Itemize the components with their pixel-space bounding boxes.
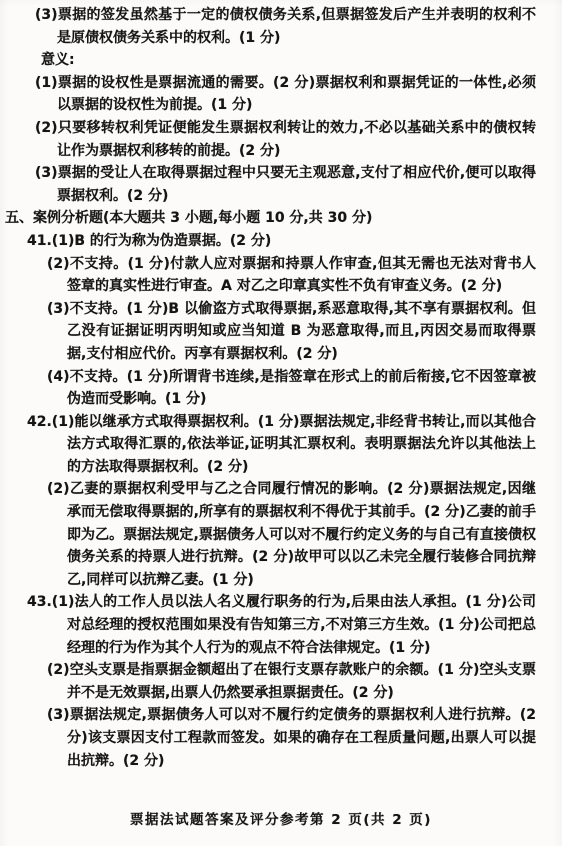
answer-43-part-2: (2)空头支票是指票据金额超出了在银行支票存款账户的余额。(1 分)空头支票并不… xyxy=(0,659,536,704)
significance-item-2: (2)只要移转权利凭证便能发生票据权利转让的效力,不必以基础关系中的债权转让作为… xyxy=(0,117,536,162)
answer-42-part-2: (2)乙妻的票据权利受甲与乙之合同履行情况的影响。(2 分)票据法规定,因继承而… xyxy=(0,478,536,591)
answer-essay-item-3: (3)票据的签发虽然基于一定的债权债务关系,但票据签发后产生并表明的权利不是原债… xyxy=(0,4,536,49)
answer-41-part-3: (3)不支持。(1 分)B 以偷盗方式取得票据,系恶意取得,其不享有票据权利。但… xyxy=(0,298,536,366)
document-body: (3)票据的签发虽然基于一定的债权债务关系,但票据签发后产生并表明的权利不是原债… xyxy=(0,4,562,772)
answer-41-part-1: 41.(1)B 的行为称为伪造票据。(2 分) xyxy=(0,230,536,253)
answer-43-part-3: (3)票据法规定,票据债务人可以对不履行约定债务的票据权利人进行抗辩。(2 分)… xyxy=(0,704,536,772)
significance-label: 意义: xyxy=(0,49,536,72)
answer-42-part-1: 42.(1)能以继承方式取得票据权利。(1 分)票据法规定,非经背书转让,而以其… xyxy=(0,411,536,479)
answer-41-part-2: (2)不支持。(1 分)付款人应对票据和持票人作审查,但其无需也无法对背书人签章… xyxy=(0,253,536,298)
page-footer: 票据法试题答案及评分参考第 2 页(共 2 页) xyxy=(0,808,562,828)
section-5-heading: 五、案例分析题(本大题共 3 小题,每小题 10 分,共 30 分) xyxy=(0,207,536,230)
answer-43-part-1: 43.(1)法人的工作人员以法人名义履行职务的行为,后果由法人承担。(1 分)公… xyxy=(0,591,536,659)
significance-item-3: (3)票据的受让人在取得票据过程中只要无主观恶意,支付了相应代价,便可以取得票据… xyxy=(0,162,536,207)
answer-41-part-4: (4)不支持。(1 分)所谓背书连续,是指签章在形式上的前后衔接,它不因签章被伪… xyxy=(0,366,536,411)
significance-item-1: (1)票据的设权性是票据流通的需要。(2 分)票据权利和票据凭证的一体性,必须以… xyxy=(0,72,536,117)
scanned-answer-sheet-page: (3)票据的签发虽然基于一定的债权债务关系,但票据签发后产生并表明的权利不是原债… xyxy=(0,0,562,846)
